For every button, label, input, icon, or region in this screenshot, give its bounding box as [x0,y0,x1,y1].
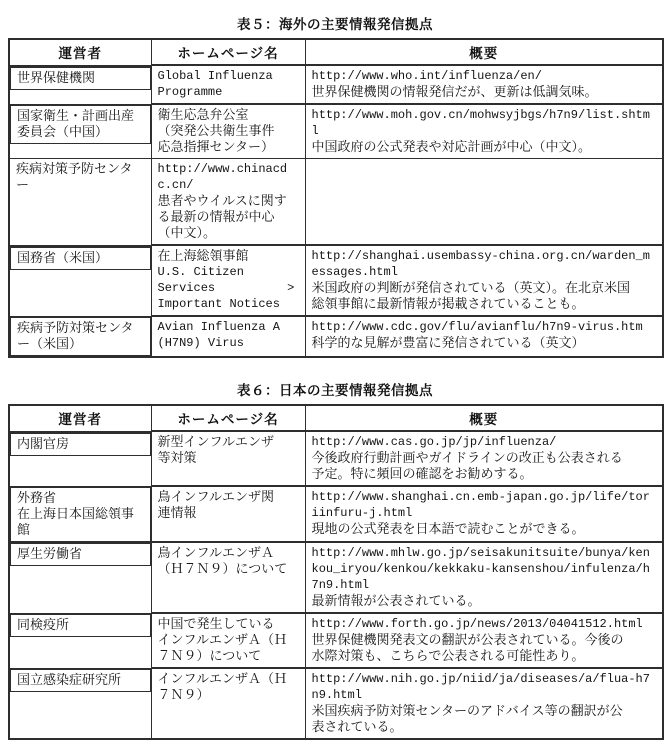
jp-text: 科学的な見解が豊富に発信されている（英文） [312,335,657,351]
homepage-cell: 疾病対策予防センタ ー [9,159,151,246]
latin-text: Avian Influenza A (H7N9) Virus [158,319,299,351]
operator-cell: 国立感染症研究所 [10,668,151,692]
table-row: 国立感染症研究所インフルエンザＡ（Ｈ ７Ｎ９）http://www.nih.go… [9,668,663,739]
col-header-homepage: ホームページ名 [151,405,305,431]
homepage-cell: 衛生応急弁公室 （突発公共衛生事件 応急指揮センター） [151,104,305,159]
jp-text: 新型インフルエンザ 等対策 [158,434,299,466]
table-header-row: 運営者 ホームページ名 概要 [9,405,663,431]
url-text: http://www.mhlw.go.jp/seisakunitsuite/bu… [312,545,657,593]
col-header-homepage: ホームページ名 [151,39,305,65]
summary-cell: http://shanghai.usembassy-china.org.cn/w… [305,245,663,316]
summary-cell: http://www.shanghai.cn.emb-japan.go.jp/l… [305,486,663,542]
operator-cell: 世界保健機関 [10,66,151,90]
operator-cell: 疾病予防対策センタ ー（米国） [10,316,151,356]
homepage-cell: 在上海総領事館U.S. Citizen Services > Important… [151,245,305,316]
url-text: http://www.forth.go.jp/news/2013/0404151… [312,616,657,632]
table5-block: 表５：海外の主要情報発信拠点 運営者 ホームページ名 概要 世界保健機関Glob… [8,13,662,358]
table-header-row: 運営者 ホームページ名 概要 [9,39,663,65]
operator-cell: 外務省 在上海日本国総領事 館 [10,486,151,542]
url-text: http://www.cas.go.jp/jp/influenza/ [312,434,657,450]
operator-cell: 国務省（米国） [10,246,151,270]
summary-cell: http://www.who.int/influenza/en/世界保健機関の情… [305,65,663,104]
url-text: http://www.who.int/influenza/en/ [312,68,657,84]
jp-text: 最新情報が公表されている。 [312,593,657,609]
jp-text: 中国で発生している インフルエンザＡ（Ｈ ７Ｎ９）について [158,616,299,664]
jp-text: 衛生応急弁公室 （突発公共衛生事件 応急指揮センター） [158,107,299,155]
url-text: http://www.moh.gov.cn/mohwsyjbgs/h7n9/li… [312,107,657,139]
table-row: 内閣官房新型インフルエンザ 等対策http://www.cas.go.jp/jp… [9,431,663,486]
table-row: 疾病予防対策センタ ー（米国）Avian Influenza A (H7N9) … [9,316,663,357]
jp-text: 現地の公式発表を日本語で読むことができる。 [312,521,657,537]
summary-cell: http://www.nih.go.jp/niid/ja/diseases/a/… [305,668,663,739]
url-text: http://www.shanghai.cn.emb-japan.go.jp/l… [312,489,657,521]
summary-cell: http://www.moh.gov.cn/mohwsyjbgs/h7n9/li… [305,104,663,159]
table5-overseas-info-sources: 運営者 ホームページ名 概要 世界保健機関Global Influenza Pr… [8,38,664,358]
operator-cell: 同検疫所 [10,613,151,637]
latin-text: Global Influenza Programme [158,68,299,100]
url-text: http://www.nih.go.jp/niid/ja/diseases/a/… [312,671,657,703]
jp-text: 鳥インフルエンザ関 連情報 [158,489,299,521]
table-row: 世界保健機関Global Influenza Programmehttp://w… [9,65,663,104]
table-row: 厚生労働省鳥インフルエンザＡ （Ｈ７Ｎ９）についてhttp://www.mhlw… [9,542,663,613]
url-text: http://www.cdc.gov/flu/avianflu/h7n9-vir… [312,319,657,335]
jp-text: 世界保健機関の情報発信だが、更新は低調気味。 [312,84,657,100]
table6-japan-info-sources: 運営者 ホームページ名 概要 内閣官房新型インフルエンザ 等対策http://w… [8,404,664,740]
col-header-operator: 運営者 [9,39,151,65]
col-header-operator: 運営者 [9,405,151,431]
table6-title: 表６：日本の主要情報発信拠点 [8,379,662,399]
summary-cell: http://www.mhlw.go.jp/seisakunitsuite/bu… [305,542,663,613]
jp-text: 米国政府の判断が発信されている（英文）。在北京米国 総領事館に最新情報が掲載され… [312,280,657,312]
jp-text: 中国政府の公式発表や対応計画が中心（中文）。 [312,139,657,155]
url-text: http://www.chinacdc.cn/ [158,161,299,193]
homepage-cell: 鳥インフルエンザＡ （Ｈ７Ｎ９）について [151,542,305,613]
jp-text: 米国疾病予防対策センターのアドバイス等の翻訳が公 表されている。 [312,703,657,735]
homepage-cell: Avian Influenza A (H7N9) Virus [151,316,305,357]
latin-text: U.S. Citizen Services > Important Notice… [158,264,299,312]
summary-cell: http://www.chinacdc.cn/患者やウイルスに関する最新の情報が… [151,159,305,246]
table-row: 国務省（米国）在上海総領事館U.S. Citizen Services > Im… [9,245,663,316]
operator-cell: 国家衛生・計画出産 委員会（中国） [10,104,151,144]
homepage-cell: インフルエンザＡ（Ｈ ７Ｎ９） [151,668,305,739]
summary-cell: http://www.cdc.gov/flu/avianflu/h7n9-vir… [305,316,663,357]
document-page: 表５：海外の主要情報発信拠点 運営者 ホームページ名 概要 世界保健機関Glob… [0,0,670,750]
table-row: 疾病対策予防センタ ーhttp://www.chinacdc.cn/患者やウイル… [9,159,663,246]
jp-text: 今後政府行動計画やガイドラインの改正も公表される 予定。特に頻回の確認をお勧めす… [312,450,657,482]
jp-text: 在上海総領事館 [158,248,299,264]
jp-text: 患者やウイルスに関する最新の情報が中心（中文）。 [158,193,299,241]
homepage-cell: 鳥インフルエンザ関 連情報 [151,486,305,542]
jp-text: 疾病対策予防センタ ー [16,161,145,193]
operator-cell: 内閣官房 [10,432,151,456]
homepage-cell: 中国で発生している インフルエンザＡ（Ｈ ７Ｎ９）について [151,613,305,668]
summary-cell: http://www.cas.go.jp/jp/influenza/今後政府行動… [305,431,663,486]
jp-text: 世界保健機関発表文の翻訳が公表されている。今後の 水際対策も、こちらで公表される… [312,632,657,664]
table-row: 外務省 在上海日本国総領事 館鳥インフルエンザ関 連情報http://www.s… [9,486,663,542]
summary-cell: http://www.forth.go.jp/news/2013/0404151… [305,613,663,668]
operator-cell: 厚生労働省 [10,542,151,566]
url-text: http://shanghai.usembassy-china.org.cn/w… [312,248,657,280]
table6-block: 表６：日本の主要情報発信拠点 運営者 ホームページ名 概要 内閣官房新型インフル… [8,379,662,740]
homepage-cell: 新型インフルエンザ 等対策 [151,431,305,486]
table-row: 同検疫所中国で発生している インフルエンザＡ（Ｈ ７Ｎ９）についてhttp://… [9,613,663,668]
col-header-summary: 概要 [305,39,663,65]
table5-title: 表５：海外の主要情報発信拠点 [8,13,662,33]
table-row: 国家衛生・計画出産 委員会（中国）衛生応急弁公室 （突発公共衛生事件 応急指揮セ… [9,104,663,159]
col-header-summary: 概要 [305,405,663,431]
jp-text: インフルエンザＡ（Ｈ ７Ｎ９） [158,671,299,703]
jp-text: 鳥インフルエンザＡ （Ｈ７Ｎ９）について [158,545,299,577]
homepage-cell: Global Influenza Programme [151,65,305,104]
